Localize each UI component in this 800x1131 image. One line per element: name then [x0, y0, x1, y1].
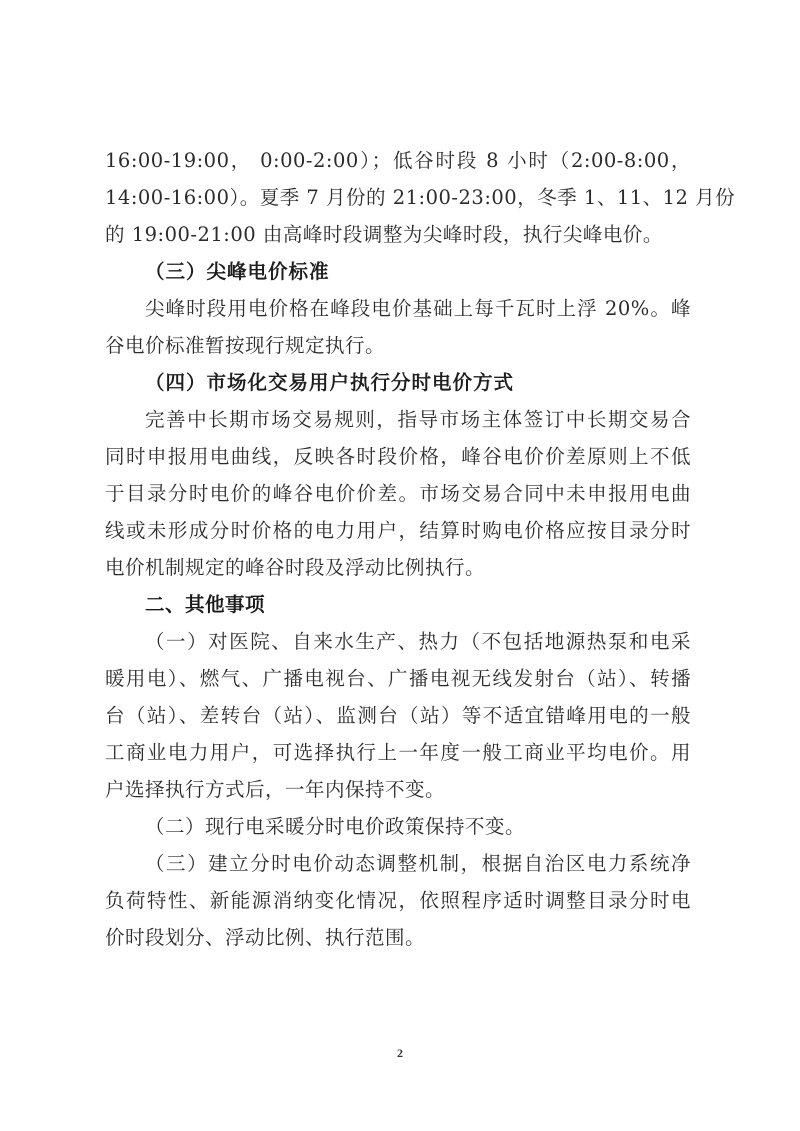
document-body: 16:00-19:00， 0:00-2:00）；低谷时段 8 小时（2:00-8…: [105, 142, 691, 956]
text-line: 线或未形成分时价格的电力用户，结算时购电价格应按目录分时: [105, 512, 691, 549]
text-line: 台（站）、差转台（站）、监测台（站）等不适宜错峰用电的一般: [105, 697, 691, 734]
text-line: 电价机制规定的峰谷时段及浮动比例执行。: [105, 549, 691, 586]
subheading-sharp-peak-standard: （三）尖峰电价标准: [105, 253, 691, 290]
text-line: 负荷特性、新能源消纳变化情况，依照程序适时调整目录分时电: [105, 882, 691, 919]
paragraph-sharp-peak-standard: 尖峰时段用电价格在峰段电价基础上每千瓦时上浮 20%。峰 谷电价标准暂按现行规定…: [105, 290, 691, 364]
text-line: 户选择执行方式后，一年内保持不变。: [105, 771, 691, 808]
subheading-market-users: （四）市场化交易用户执行分时电价方式: [105, 364, 691, 401]
text-line: 暖用电）、燃气、广播电视台、广播电视无线发射台（站）、转播: [105, 660, 691, 697]
text-line: 完善中长期市场交易规则，指导市场主体签订中长期交易合: [105, 401, 691, 438]
text-line: （二）现行电采暖分时电价政策保持不变。: [105, 808, 691, 845]
text-line: （三）建立分时电价动态调整机制，根据自治区电力系统净: [105, 845, 691, 882]
text-line: 价时段划分、浮动比例、执行范围。: [105, 919, 691, 956]
text-line: 工商业电力用户，可选择执行上一年度一般工商业平均电价。用: [105, 734, 691, 771]
section-heading-other-matters: 二、其他事项: [105, 586, 691, 623]
paragraph-other-matters-3: （三）建立分时电价动态调整机制，根据自治区电力系统净 负荷特性、新能源消纳变化情…: [105, 845, 691, 956]
paragraph-market-users: 完善中长期市场交易规则，指导市场主体签订中长期交易合 同时申报用电曲线，反映各时…: [105, 401, 691, 586]
paragraph-peak-valley-periods: 16:00-19:00， 0:00-2:00）；低谷时段 8 小时（2:00-8…: [105, 142, 691, 253]
text-line: 16:00-19:00， 0:00-2:00）；低谷时段 8 小时（2:00-8…: [105, 142, 691, 179]
text-line: 于目录分时电价的峰谷电价价差。市场交易合同中未申报用电曲: [105, 475, 691, 512]
document-page: 16:00-19:00， 0:00-2:00）；低谷时段 8 小时（2:00-8…: [0, 0, 800, 1131]
text-line: 尖峰时段用电价格在峰段电价基础上每千瓦时上浮 20%。峰: [105, 290, 691, 327]
text-line: 14:00-16:00）。夏季 7 月份的 21:00-23:00，冬季 1、1…: [105, 179, 691, 216]
text-line: 的 19:00-21:00 由高峰时段调整为尖峰时段，执行尖峰电价。: [105, 216, 691, 253]
paragraph-other-matters-2: （二）现行电采暖分时电价政策保持不变。: [105, 808, 691, 845]
text-line: 谷电价标准暂按现行规定执行。: [105, 327, 691, 364]
text-line: （一）对医院、自来水生产、热力（不包括地源热泵和电采: [105, 623, 691, 660]
text-line: 同时申报用电曲线，反映各时段价格，峰谷电价价差原则上不低: [105, 438, 691, 475]
paragraph-other-matters-1: （一）对医院、自来水生产、热力（不包括地源热泵和电采 暖用电）、燃气、广播电视台…: [105, 623, 691, 808]
page-number: 2: [393, 1046, 407, 1061]
